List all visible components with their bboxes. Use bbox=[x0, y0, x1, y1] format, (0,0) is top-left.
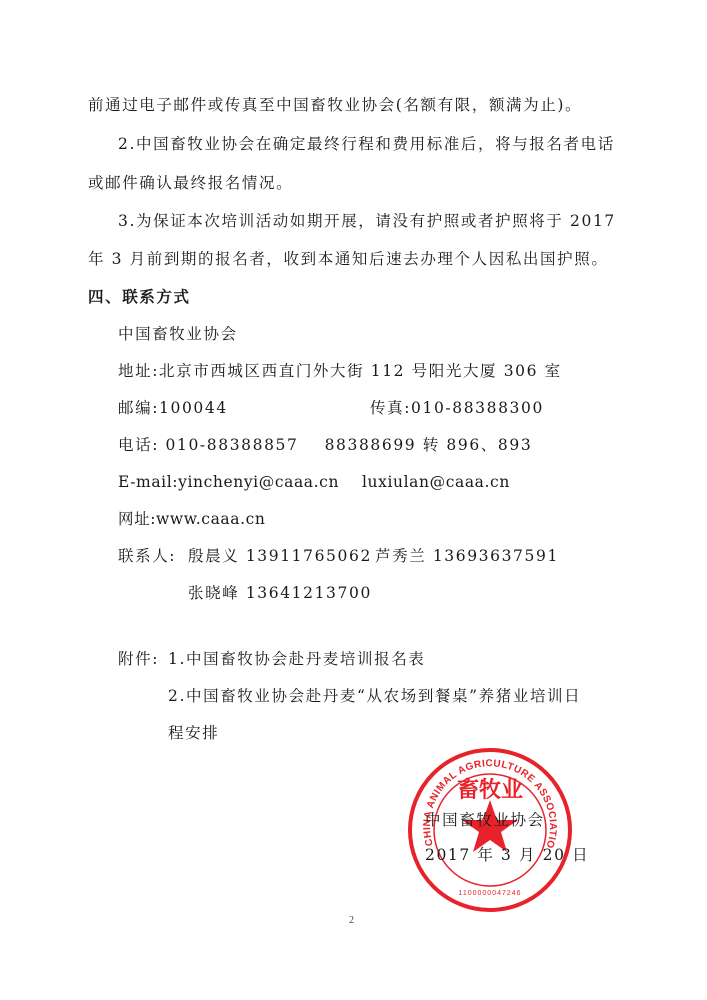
postcode: 邮编:100044 bbox=[118, 398, 228, 418]
svg-text:1100000047246: 1100000047246 bbox=[458, 890, 521, 897]
email-1[interactable]: E-mail:yinchenyi@caaa.cn bbox=[118, 472, 339, 492]
attachment-2-line-1: 2.中国畜牧业协会赴丹麦“从农场到餐桌”养猪业培训日 bbox=[168, 686, 581, 706]
paragraph-2-line-2: 或邮件确认最终报名情况。 bbox=[88, 173, 293, 193]
page-number: 2 bbox=[349, 915, 354, 926]
signature-organization: 中国畜牧业协会 bbox=[425, 810, 545, 830]
attachments-label: 附件: bbox=[118, 649, 159, 669]
organization-name: 中国畜牧业协会 bbox=[118, 324, 238, 344]
attachment-1: 1.中国畜牧协会赴丹麦培训报名表 bbox=[168, 649, 425, 669]
attachment-2-line-2: 程安排 bbox=[168, 723, 219, 743]
contact-1: 殷晨义 13911765062 bbox=[188, 546, 372, 566]
contact-2: 芦秀兰 13693637591 bbox=[375, 546, 559, 566]
paragraph-2-line-1: 2.中国畜牧业协会在确定最终行程和费用标准后，将与报名者电话 bbox=[118, 134, 615, 154]
section-heading: 四、联系方式 bbox=[88, 287, 191, 307]
email-2[interactable]: luxiulan@caaa.cn bbox=[362, 472, 510, 492]
svg-text:畜牧业: 畜牧业 bbox=[457, 777, 523, 803]
website[interactable]: 网址:www.caaa.cn bbox=[118, 509, 266, 529]
contact-3: 张晓峰 13641213700 bbox=[188, 583, 372, 603]
signature-date: 2017 年 3 月 20 日 bbox=[425, 845, 589, 865]
contacts-label: 联系人: bbox=[118, 546, 176, 566]
official-seal-icon: CHINA ANIMAL AGRICULTURE ASSOCIATION 畜牧业… bbox=[405, 745, 575, 915]
paragraph-3-line-2: 年 3 月前到期的报名者，收到本通知后速去办理个人因私出国护照。 bbox=[88, 249, 608, 269]
phone: 电话: 010-88388857 88388699 转 896、893 bbox=[118, 435, 532, 455]
address: 地址:北京市西城区西直门外大街 112 号阳光大厦 306 室 bbox=[118, 361, 562, 381]
fax: 传真:010-88388300 bbox=[370, 398, 544, 418]
paragraph-3-line-1: 3.为保证本次培训活动如期开展，请没有护照或者护照将于 2017 bbox=[118, 211, 616, 231]
paragraph-1-continuation: 前通过电子邮件或传真至中国畜牧业协会(名额有限，额满为止)。 bbox=[88, 95, 582, 115]
